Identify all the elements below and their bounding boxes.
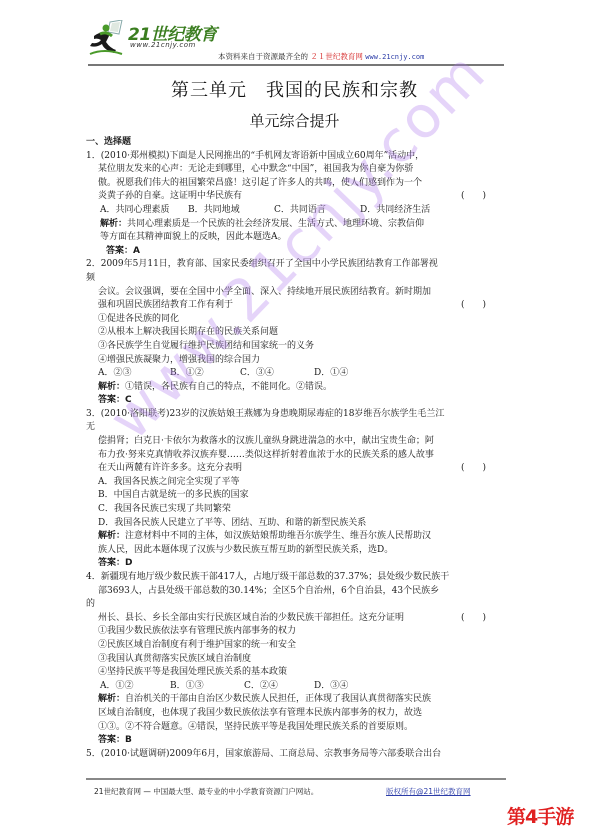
question-line: 某位朋友发来的心声：无论走到哪里，心中默念“中国”，祖国我为你自豪为你骄 xyxy=(86,163,506,177)
question-line-text: 州长、县长、乡长全部由实行民族区域自治的少数民族干部担任。这充分证明 xyxy=(98,613,404,623)
question-line: 5．(2010·试题调研)2009年6月，国家旅游局、工商总局、宗教事务局等六部… xyxy=(86,748,506,762)
page-subtitle: 单元综合提升 xyxy=(0,110,589,131)
slogan-brand: ２１世纪教育网 xyxy=(310,52,363,61)
section-heading: 一、选择题 xyxy=(86,136,506,150)
question-line: 偿捐肾；白克日·卡依尔为救落水的汉族儿童纵身跳进湍急的水中，献出宝贵生命；阿 xyxy=(86,435,506,449)
question-2: 2．2009年5月11日，教育部、国家民委组织召开了全国中小学民族团结教育工作部… xyxy=(86,258,506,408)
analysis-label: 解析： xyxy=(98,382,125,392)
analysis-line: 解析：①错误，各民族有自己的特点，不能同化。②错误。 xyxy=(86,381,506,395)
question-line: 4．新疆现有地厅级少数民族干部417人，占地厅级干部总数的37.37%；县处级少… xyxy=(86,571,506,585)
question-line: 州长、县长、乡长全部由实行民族区域自治的少数民族干部担任。这充分证明 ( ) xyxy=(86,612,506,626)
option-a: A．①② xyxy=(100,680,170,694)
question-line: 的 xyxy=(86,598,506,612)
option-c: C．共同语言 xyxy=(274,204,360,218)
analysis-label: 解析： xyxy=(100,219,127,229)
question-line: 1．(2010·郑州模拟)下面是人民网推出的“手机网友寄语新中国成立60周年”活… xyxy=(86,150,506,164)
question-line: 强和巩固民族团结教育工作有利于 ( ) xyxy=(86,299,506,313)
document-body: 一、选择题 1．(2010·郑州模拟)下面是人民网推出的“手机网友寄语新中国成立… xyxy=(86,136,506,761)
question-line: 在天山两麓有许许多多。这充分表明 ( ) xyxy=(86,462,506,476)
option-b: B．①③ xyxy=(170,680,244,694)
question-line: 会议。会议强调，要在全国中小学全面、深入、持续地开展民族团结教育。新时期加 xyxy=(86,286,506,300)
header-slogan: 本资料来自于资源最齐全的 ２１世纪教育网 www.21cnjy.com xyxy=(218,51,424,62)
analysis-line: 区域自治制度，也体现了我国少数民族依法享有管理本民族内部事务的权力，故选 xyxy=(86,707,506,721)
site-logo[interactable]: 21世纪教育 www.21cnjy.com xyxy=(88,14,238,58)
options-row: A．①②B．①③C．②④D．③④ xyxy=(86,680,506,694)
question-4: 4．新疆现有地厅级少数民族干部417人，占地厅级干部总数的37.37%；县处级少… xyxy=(86,571,506,748)
analysis-label: 解析： xyxy=(98,531,125,541)
choice-a: A．我国各民族之间完全实现了平等 xyxy=(86,476,506,490)
answer-line: 答案：C xyxy=(86,394,506,408)
question-line-text: 炎黄子孙的自豪。这证明中华民族有 xyxy=(98,191,242,201)
statement-item: ②从根本上解决我国长期存在的民族关系问题 xyxy=(86,326,506,340)
question-line-text: 强和巩固民族团结教育工作有利于 xyxy=(98,300,233,310)
corner-badge: 第4手游 xyxy=(507,802,573,829)
statement-item: ①我国少数民族依法享有管理民族内部事务的权力 xyxy=(86,625,506,639)
analysis-label: 解析： xyxy=(98,694,125,704)
option-b: B．①② xyxy=(170,367,240,381)
analysis-line: 解析：注意材料中不同的主体，如汉族姑娘帮助维吾尔族学生、维吾尔族人民帮助汉 xyxy=(86,530,506,544)
statement-item: ①促进各民族的同化 xyxy=(86,313,506,327)
analysis-line: 解析：自治机关的干部由自治区少数民族人民担任，正体现了我国认真贯彻落实民族 xyxy=(86,693,506,707)
logo-url: www.21cnjy.com xyxy=(130,41,196,49)
analysis-line: 解析：共同心理素质是一个民族的社会经济发展、生活方式、地理环境、宗教信仰 xyxy=(86,218,506,232)
answer-line: 答案：A xyxy=(86,245,506,259)
analysis-line: 族人民，因此本题体现了汉族与少数民族互帮互助的新型民族关系，选D。 xyxy=(86,544,506,558)
option-d: D．③④ xyxy=(314,680,348,694)
statement-item: ③各民族学生自觉履行维护民族团结和国家统一的义务 xyxy=(86,340,506,354)
analysis-text: 自治机关的干部由自治区少数民族人民担任，正体现了我国认真贯彻落实民族 xyxy=(125,694,431,704)
answer-blank: ( ) xyxy=(461,612,486,626)
analysis-text: ①错误，各民族有自己的特点，不能同化。②错误。 xyxy=(125,382,332,392)
question-1: 1．(2010·郑州模拟)下面是人民网推出的“手机网友寄语新中国成立60周年”活… xyxy=(86,150,506,259)
option-d: D．①④ xyxy=(314,367,348,381)
option-c: C．③④ xyxy=(240,367,314,381)
question-line: 傲。祝愿我们伟大的祖国繁荣昌盛！这引起了许多人的共鸣，使人们感到作为一个 xyxy=(86,177,506,191)
answer-blank: ( ) xyxy=(461,462,486,476)
page-title: 第三单元 我国的民族和宗教 xyxy=(0,76,589,102)
copyright-link[interactable]: 版权所有@21世纪教育网 xyxy=(386,786,471,797)
analysis-text: 注意材料中不同的主体，如汉族姑娘帮助维吾尔族学生、维吾尔族人民帮助汉 xyxy=(125,531,431,541)
question-line-text: 在天山两麓有许许多多。这充分表明 xyxy=(98,463,242,473)
answer-blank: ( ) xyxy=(461,299,486,313)
option-b: B．共同地域 xyxy=(188,204,274,218)
statement-item: ④增强民族凝聚力，增强我国的综合国力 xyxy=(86,354,506,368)
option-a: A．②③ xyxy=(98,367,170,381)
footer-divider xyxy=(86,778,506,780)
slogan-url[interactable]: www.21cnjy.com xyxy=(365,53,424,61)
statement-item: ②民族区域自治制度有利于维护国家的统一和安全 xyxy=(86,639,506,653)
question-line: 频 xyxy=(86,272,506,286)
option-a: A．共同心理素质 xyxy=(100,204,188,218)
statement-item: ③我国认真贯彻落实民族区域自治制度 xyxy=(86,653,506,667)
options-row: A．共同心理素质B．共同地域C．共同语言D．共同经济生活 xyxy=(86,204,506,218)
statement-item: ④坚持民族平等是我国处理民族关系的基本政策 xyxy=(86,666,506,680)
option-d: D．共同经济生活 xyxy=(360,204,430,218)
answer-line: 答案：D xyxy=(86,557,506,571)
answer-blank: ( ) xyxy=(461,190,486,204)
analysis-line: ①③。②不符合题意。④错误，坚持民族平等是我国处理民族关系的首要原则。 xyxy=(86,721,506,735)
answer-line: 答案：B xyxy=(86,734,506,748)
options-row: A．②③B．①②C．③④D．①④ xyxy=(86,367,506,381)
choice-c: C．我国各民族已实现了共同繁荣 xyxy=(86,503,506,517)
question-5: 5．(2010·试题调研)2009年6月，国家旅游局、工商总局、宗教事务局等六部… xyxy=(86,748,506,762)
question-line: 炎黄子孙的自豪。这证明中华民族有 ( ) xyxy=(86,190,506,204)
analysis-line: 等方面在其精神面貌上的反映，因此本题选A。 xyxy=(86,231,506,245)
question-line: 2．2009年5月11日，教育部、国家民委组织召开了全国中小学民族团结教育工作部… xyxy=(86,258,506,272)
option-c: C．②④ xyxy=(244,680,314,694)
choice-b: B．中国自古就是统一的多民族的国家 xyxy=(86,489,506,503)
question-3: 3．(2010·洛阳联考)23岁的汉族姑娘王燕娜为身患晚期尿毒症的18岁维吾尔族… xyxy=(86,408,506,571)
question-line: 布力孜·努来克真情收养汉族弃婴……类似这样折射着血浓于水的民族关系的感人故事 xyxy=(86,449,506,463)
choice-d: D．我国各民族人民建立了平等、团结、互助、和谐的新型民族关系 xyxy=(86,517,506,531)
footer-text: 21世纪教育网 — 中国最大型、最专业的中小学教育资源门户网站。 xyxy=(94,786,318,797)
question-line: 无 xyxy=(86,421,506,435)
question-line: 3．(2010·洛阳联考)23岁的汉族姑娘王燕娜为身患晚期尿毒症的18岁维吾尔族… xyxy=(86,408,506,422)
page-header: 21世纪教育 www.21cnjy.com 本资料来自于资源最齐全的 ２１世纪教… xyxy=(78,10,514,66)
header-divider xyxy=(88,64,504,66)
runner-logo-icon xyxy=(88,20,128,56)
slogan-prefix: 本资料来自于资源最齐全的 xyxy=(218,52,308,61)
question-line: 部3693人，占县处级干部总数的30.14%；全区5个自治州，6个自治县，43个… xyxy=(86,585,506,599)
analysis-text: 共同心理素质是一个民族的社会经济发展、生活方式、地理环境、宗教信仰 xyxy=(127,219,424,229)
